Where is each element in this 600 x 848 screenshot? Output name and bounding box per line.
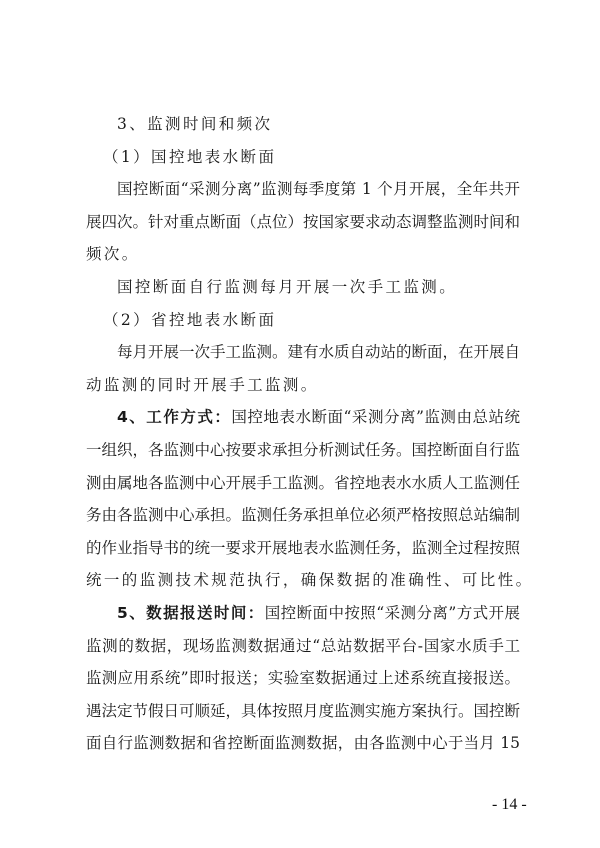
paragraph-line: 频次。	[86, 238, 520, 271]
section5-label: 5、数据报送时间：	[117, 604, 265, 622]
section4-first-line: 4、工作方式：国控地表水断面“采测分离”监测由总站统	[86, 401, 520, 434]
paragraph-line: 一组织，各监测中心按要求承担分析测试任务。国控断面自行监	[86, 434, 520, 467]
document-body: 3、监测时间和频次 （1）国控地表水断面 国控断面“采测分离”监测每季度第 1 …	[86, 108, 520, 760]
section-heading: 3、监测时间和频次	[86, 108, 520, 141]
section5-first-line: 5、数据报送时间：国控断面中按照“采测分离”方式开展	[86, 597, 520, 630]
paragraph-line: 统一的监测技术规范执行，确保数据的准确性、可比性。	[86, 564, 520, 597]
paragraph-line: 遇法定节假日可顺延，具体按照月度监测实施方案执行。国控断	[86, 695, 520, 728]
paragraph-line: 动监测的同时开展手工监测。	[86, 369, 520, 402]
section4-label: 4、工作方式：	[117, 408, 231, 426]
paragraph-line: 国控断面“采测分离”监测每季度第 1 个月开展，全年共开	[86, 173, 520, 206]
paragraph-line: 测由属地各监测中心开展手工监测。省控地表水水质人工监测任	[86, 467, 520, 500]
section5-text: 国控断面中按照“采测分离”方式开展	[265, 604, 520, 622]
subsection-heading-provincial: （2）省控地表水断面	[86, 304, 520, 337]
page-number: - 14 -	[492, 796, 527, 814]
paragraph-line: 每月开展一次手工监测。建有水质自动站的断面，在开展自	[86, 336, 520, 369]
paragraph-line: 展四次。针对重点断面（点位）按国家要求动态调整监测时间和	[86, 206, 520, 239]
section4-text: 国控地表水断面“采测分离”监测由总站统	[231, 408, 520, 426]
paragraph-line: 监测应用系统”即时报送；实验室数据通过上述系统直接报送。	[86, 662, 520, 695]
paragraph-line: 的作业指导书的统一要求开展地表水监测任务，监测全过程按照	[86, 532, 520, 565]
paragraph-line: 面自行监测数据和省控断面监测数据，由各监测中心于当月 15	[86, 727, 520, 760]
document-page: 3、监测时间和频次 （1）国控地表水断面 国控断面“采测分离”监测每季度第 1 …	[0, 0, 600, 848]
paragraph-line: 务由各监测中心承担。监测任务承担单位必须严格按照总站编制	[86, 499, 520, 532]
paragraph-line: 监测的数据，现场监测数据通过“总站数据平台-国家水质手工	[86, 630, 520, 663]
paragraph-line: 国控断面自行监测每月开展一次手工监测。	[86, 271, 520, 304]
subsection-heading-national: （1）国控地表水断面	[86, 141, 520, 174]
